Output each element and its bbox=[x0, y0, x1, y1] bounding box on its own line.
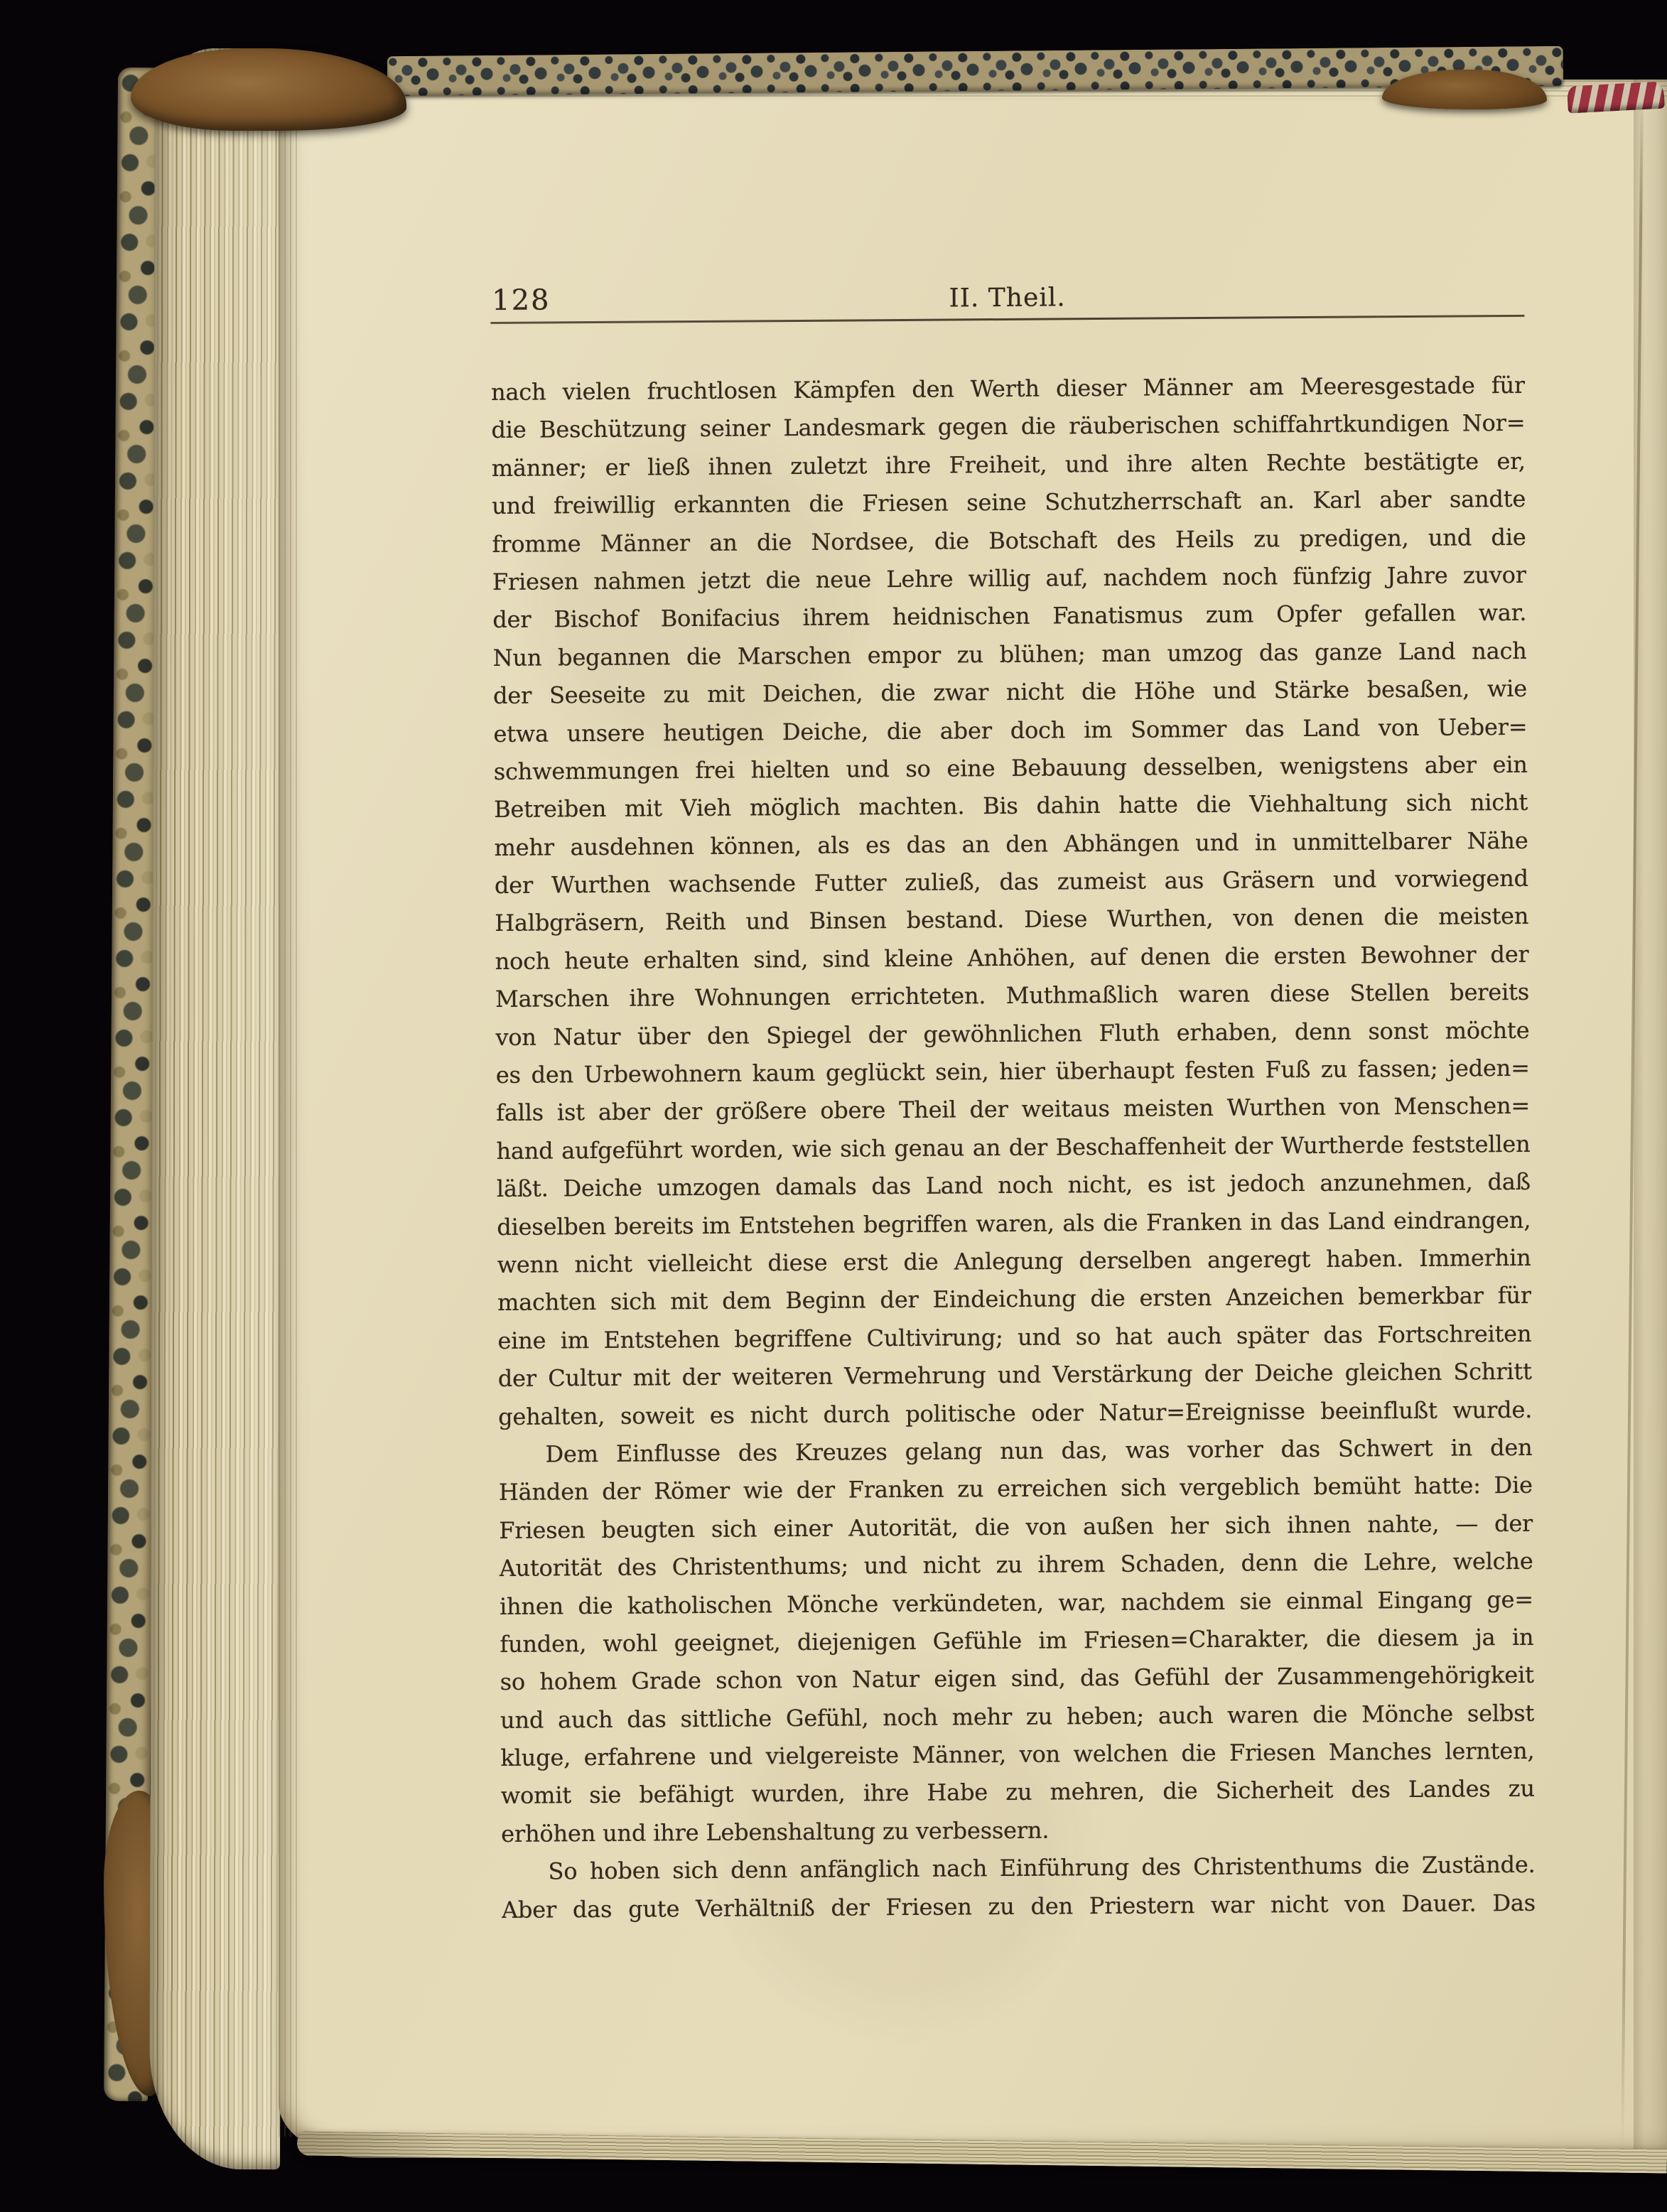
text-line: falls ist aber der größere obere Theil d… bbox=[496, 1087, 1530, 1133]
page-fore-edge-stack bbox=[149, 48, 286, 2169]
text-line: womit sie befähigt wurden, ihre Habe zu … bbox=[501, 1770, 1535, 1816]
text-line: der Seeseite zu mit Deichen, die zwar ni… bbox=[493, 670, 1527, 716]
page-header: 128 II. Theil. bbox=[490, 277, 1524, 320]
section-title: II. Theil. bbox=[490, 279, 1524, 318]
text-line: Marschen ihre Wohnungen errichteten. Mut… bbox=[495, 973, 1529, 1019]
endband bbox=[1567, 81, 1665, 113]
text-line: machten sich mit dem Beginn der Eindeich… bbox=[497, 1277, 1531, 1322]
page-gutter-lines bbox=[279, 101, 300, 2137]
body-text: nach vielen fruchtlosen Kämpfen den Wert… bbox=[491, 367, 1536, 1929]
text-line: der Bischof Bonifacius ihrem heidnischen… bbox=[492, 594, 1526, 640]
text-line: so hohem Grade schon von Natur eigen sin… bbox=[500, 1656, 1534, 1702]
text-line: Betreiben mit Vieh möglich machten. Bis … bbox=[494, 784, 1528, 829]
text-line-paragraph-start: So hoben sich denn anfänglich nach Einfü… bbox=[501, 1846, 1535, 1892]
headcap-left bbox=[131, 48, 406, 131]
text-line: Halbgräsern, Reith und Binsen bestand. D… bbox=[495, 897, 1528, 943]
text-line: und freiwillig erkannten die Friesen sei… bbox=[492, 480, 1526, 526]
text-line: der Cultur mit der weiteren Vermehrung u… bbox=[498, 1353, 1532, 1398]
book-scan-photo: 128 II. Theil. nach vielen fruchtlosen K… bbox=[0, 0, 1667, 2212]
printed-text-block: 128 II. Theil. nach vielen fruchtlosen K… bbox=[490, 277, 1536, 1929]
text-line: Aber das gute Verhältniß der Friesen zu … bbox=[502, 1884, 1536, 1929]
text-line: die Beschützung seiner Landesmark gegen … bbox=[491, 404, 1525, 450]
text-line: Händen der Römer wie der Franken zu erre… bbox=[499, 1467, 1533, 1512]
text-line: läßt. Deiche umzogen damals das Land noc… bbox=[497, 1163, 1531, 1209]
text-line: Autorität des Christenthums; und nicht z… bbox=[499, 1543, 1533, 1588]
